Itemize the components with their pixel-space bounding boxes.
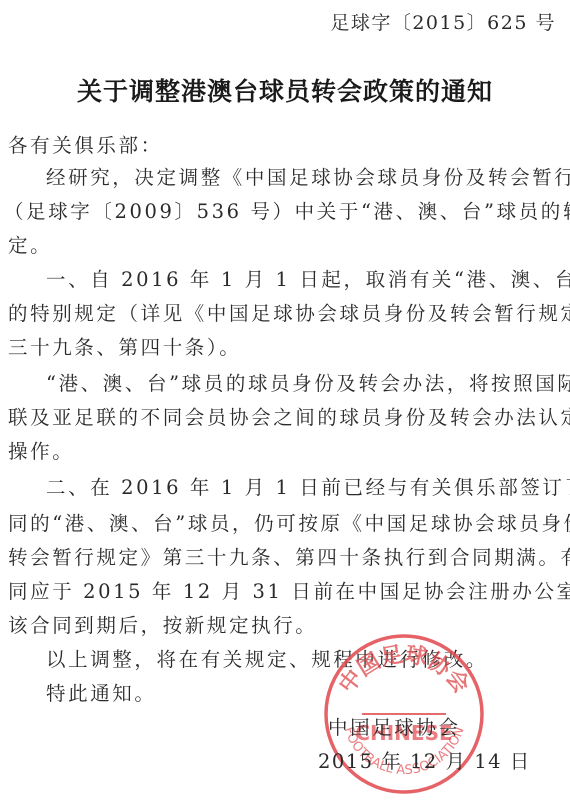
body-line: （足球字〔2009〕536 号）中关于“港、澳、台”球员的转会规 xyxy=(4,200,570,224)
svg-text:中国足球协会: 中国足球协会 xyxy=(334,642,475,698)
body-line: 联及亚足联的不同会员协会之间的球员身份及转会办法认定及 xyxy=(8,406,570,430)
body-line: 三十九条、第四十条）。 xyxy=(8,336,241,360)
body-line: 一、自 2016 年 1 月 1 日起，取消有关“港、澳、台”球员 xyxy=(46,268,570,292)
document-title: 关于调整港澳台球员转会政策的通知 xyxy=(0,72,570,108)
body-line: 二、在 2016 年 1 月 1 日前已经与有关俱乐部签订了工作合 xyxy=(46,476,570,500)
body-line: “港、澳、台”球员的球员身份及转会办法，将按照国际足 xyxy=(46,372,570,396)
date: 2015 年 12 月 14 日 xyxy=(318,750,531,774)
body-line: 该合同到期后，按新规定执行。 xyxy=(8,614,317,638)
body-line: 转会暂行规定》第三十九条、第四十条执行到合同期满。有关合 xyxy=(8,546,570,570)
body-line: 特此通知。 xyxy=(46,682,157,706)
salutation: 各有关俱乐部： xyxy=(8,134,163,158)
doc-number: 足球字〔2015〕625 号 xyxy=(330,8,556,35)
body-line: 同应于 2015 年 12 月 31 日前在中国足协会注册办公室完成备案。 xyxy=(8,580,570,604)
body-line: 的特别规定（详见《中国足球协会球员身份及转会暂行规定》第 xyxy=(8,302,570,326)
body-line: 经研究，决定调整《中国足球协会球员身份及转会暂行规定》 xyxy=(46,166,570,190)
body-line: 操作。 xyxy=(8,440,74,464)
signature: 中国足球协会 xyxy=(328,716,461,740)
body-line: 同的“港、澳、台”球员，仍可按原《中国足球协会球员身份及 xyxy=(8,512,570,536)
body-line: 定。 xyxy=(8,234,52,258)
